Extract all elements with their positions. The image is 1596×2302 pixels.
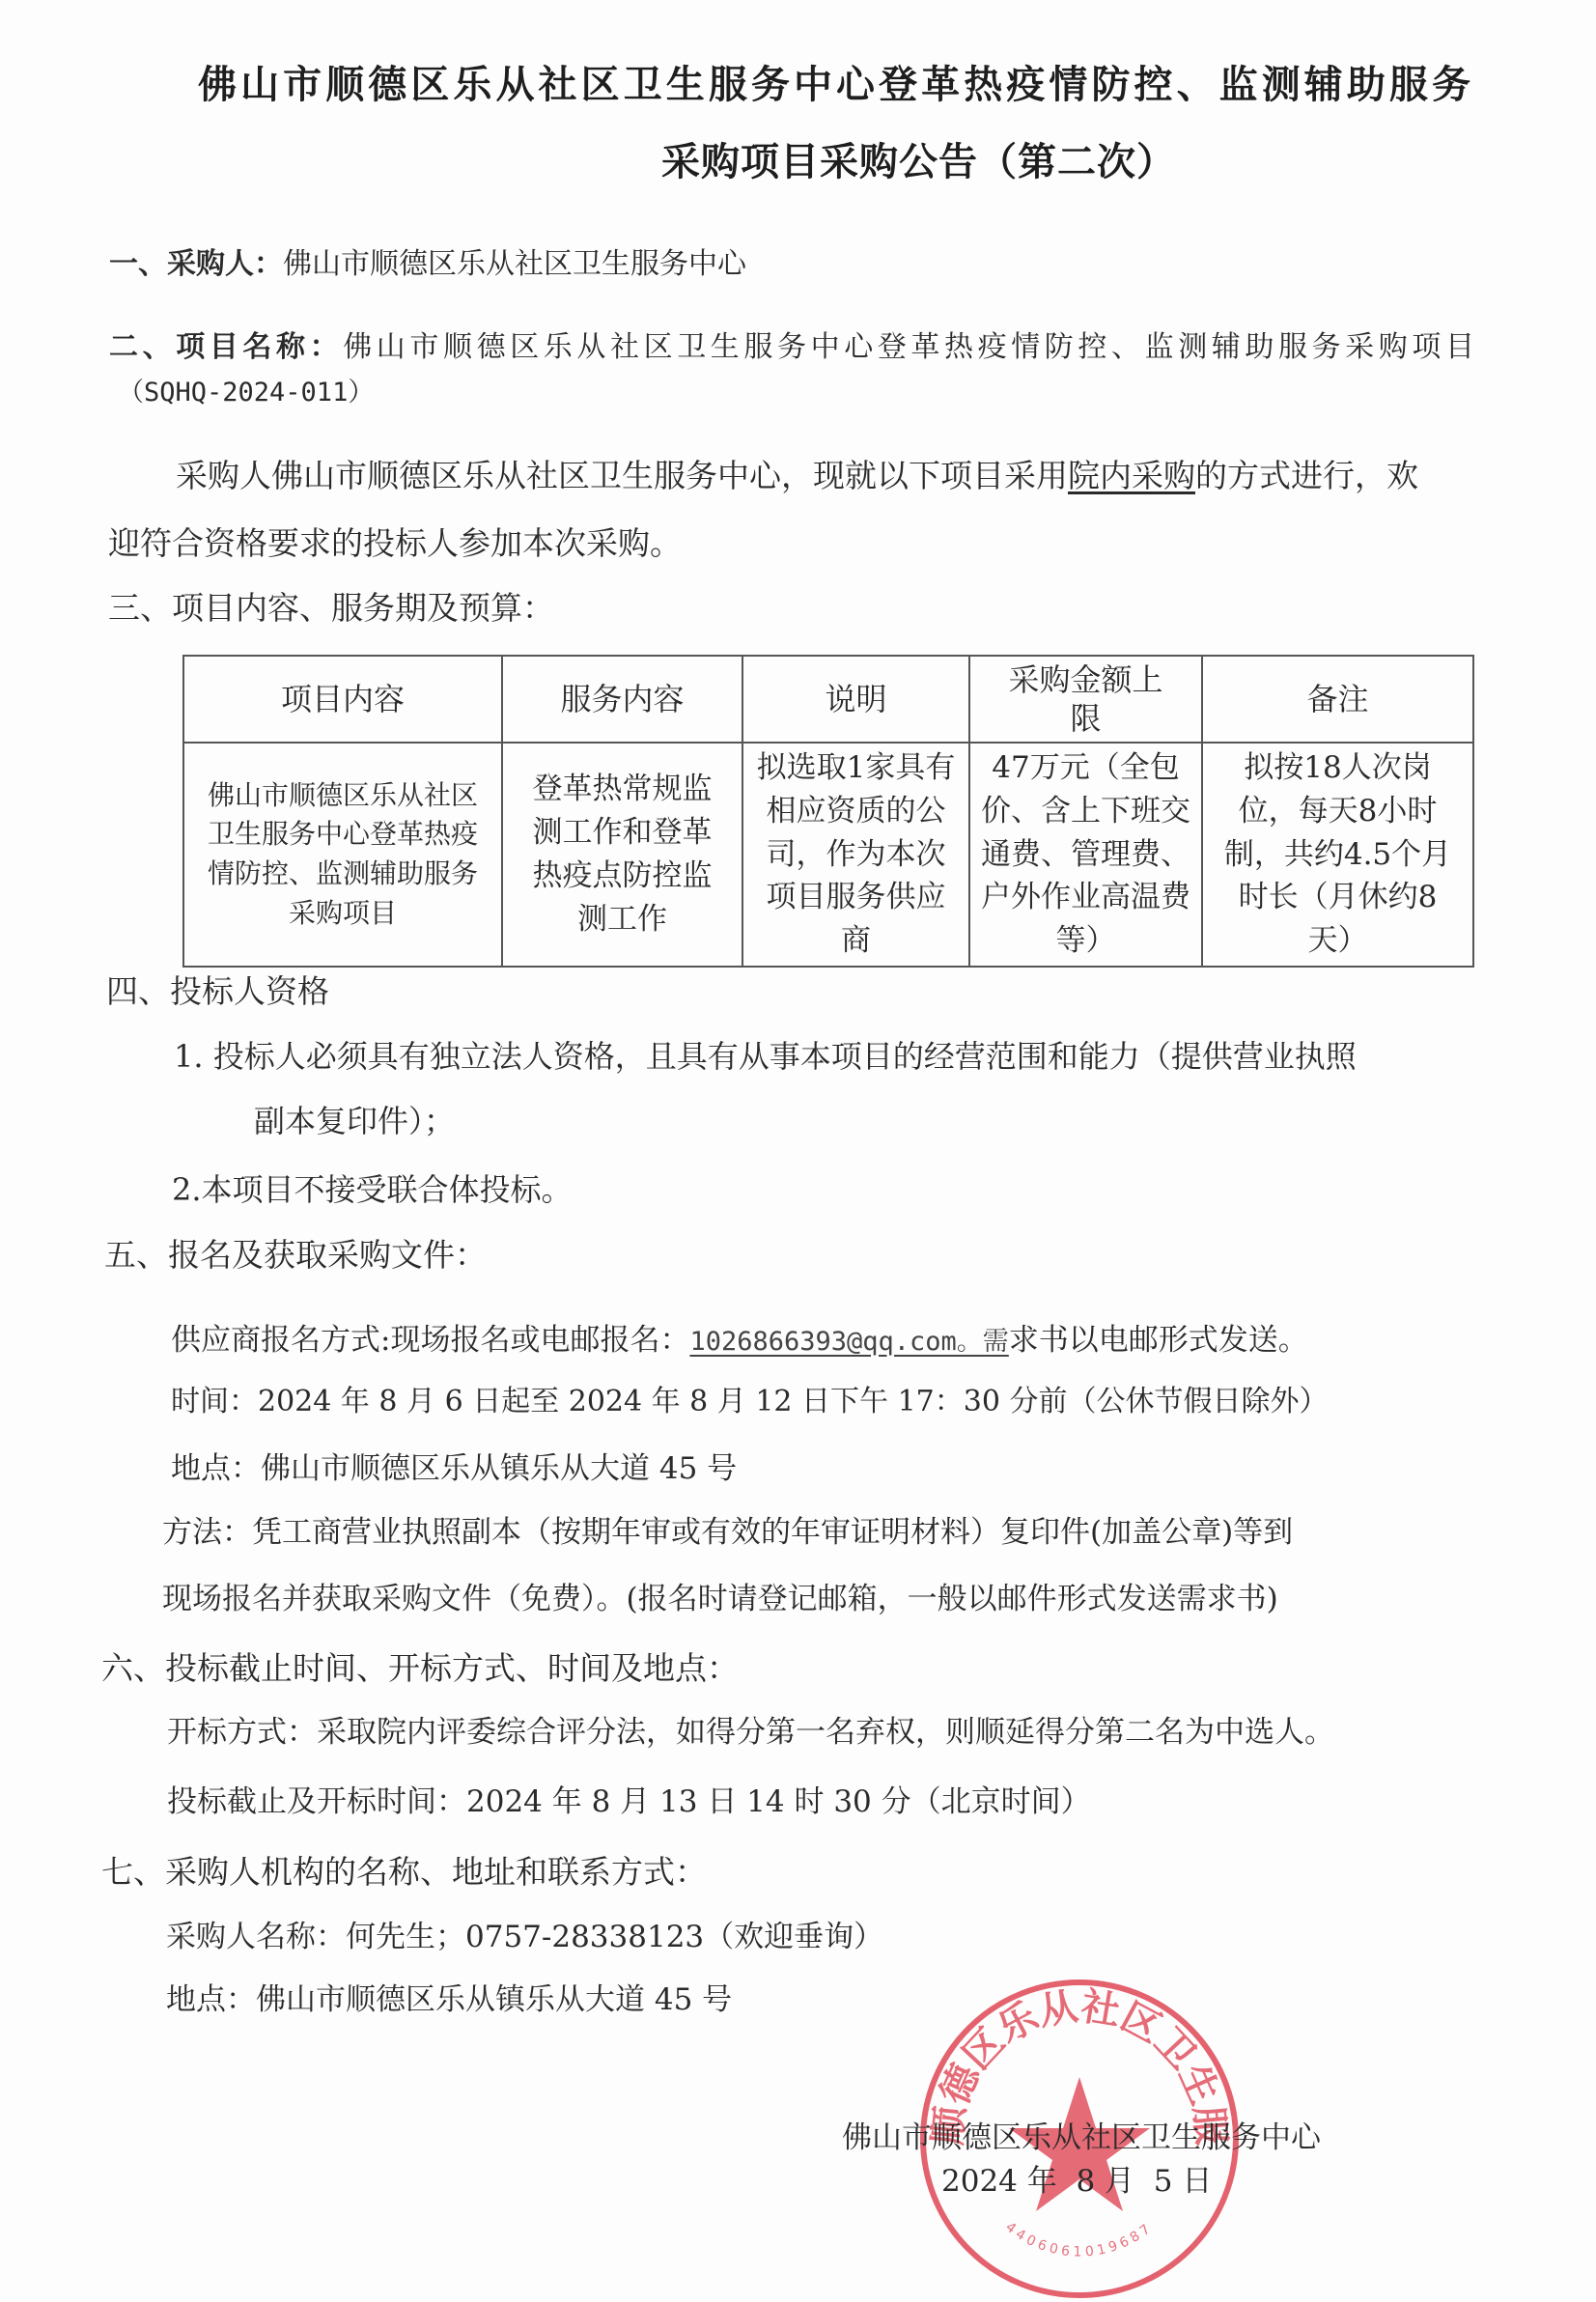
project-code: （SQHQ-2024-011） [118,379,374,406]
intro-line2: 迎符合资格要求的投标人参加本次采购。 [108,527,682,559]
procurement-method-underlined: 院内采购 [1068,457,1195,494]
table-header: 服务内容 [502,656,742,743]
table-cell-description: 拟选取1家具有相应资质的公司，作为本次项目服务供应商 [742,743,969,967]
section-project-name: 二、项目名称：佛山市顺德区乐从社区卫生服务中心登革热疫情防控、监测辅助服务采购项… [109,333,1479,362]
section3-heading: 三、项目内容、服务期及预算： [108,592,554,624]
table-header: 备注 [1202,656,1473,743]
table-cell-service: 登革热常规监测工作和登革热疫点防控监测工作 [502,743,742,967]
table-header-row: 项目内容 服务内容 说明 采购金额上限 备注 [183,656,1473,743]
intro-text-end: 的方式进行，欢 [1195,457,1418,494]
section-purchaser-value: 佛山市顺德区乐从社区卫生服务中心 [283,247,746,281]
section4-heading: 四、投标人资格 [106,975,329,1007]
table-header: 说明 [742,656,969,743]
section6-heading: 六、投标截止时间、开标方式、时间及地点： [101,1652,739,1684]
table-cell-project: 佛山市顺德区乐从社区卫生服务中心登革热疫情防控、监测辅助服务采购项目 [183,743,502,967]
section7-heading: 七、采购人机构的名称、地址和联系方式： [101,1856,707,1888]
document-title-line2: 采购项目采购公告（第二次） [661,143,1176,182]
intro-text: 采购人佛山市顺德区乐从社区卫生服务中心，现就以下项目采用 [176,457,1068,494]
signup-label: 供应商报名方式:现场报名或电邮报名： [171,1323,689,1358]
qualification-item2: 2.本项目不接受联合体投标。 [172,1174,573,1205]
section-purchaser-label: 一、采购人： [109,247,283,281]
signature-date: 2024 年 8 月 5 日 [941,2167,1212,2197]
signup-note: 求书以电邮形式发送。 [1009,1323,1308,1358]
qualification-item1-line2: 副本复印件）； [254,1106,455,1137]
signature-organization: 佛山市顺德区乐从社区卫生服务中心 [842,2123,1321,2153]
signup-method: 供应商报名方式:现场报名或电邮报名：1026866393@qq.com。需求书以… [171,1326,1308,1356]
intro-line1: 采购人佛山市顺德区乐从社区卫生服务中心，现就以下项目采用院内采购的方式进行，欢 [176,460,1497,491]
purchaser-contact: 采购人名称：何先生；0757-28338123（欢迎垂询） [166,1923,883,1952]
signup-method-line2: 现场报名并获取采购文件（免费）。(报名时请登记邮箱，一般以邮件形式发送需求书) [162,1585,1278,1614]
purchaser-place: 地点：佛山市顺德区乐从镇乐从大道 45 号 [166,1985,732,2015]
section-project-name-value: 佛山市顺德区乐从社区卫生服务中心登革热疫情防控、监测辅助服务采购项目 [343,330,1478,364]
signup-time: 时间：2024 年 8 月 6 日起至 2024 年 8 月 12 日下午 17… [171,1388,1328,1417]
section5-heading: 五、报名及获取采购文件： [104,1239,487,1271]
table-row: 佛山市顺德区乐从社区卫生服务中心登革热疫情防控、监测辅助服务采购项目 登革热常规… [183,743,1473,967]
section-project-name-label: 二、项目名称： [109,330,343,364]
table-cell-budget: 47万元（全包价、含上下班交通费、管理费、户外作业高温费等） [969,743,1202,967]
signup-place: 地点：佛山市顺德区乐从镇乐从大道 45 号 [171,1454,737,1484]
table-header: 采购金额上限 [969,656,1202,743]
signup-method-line1: 方法：凭工商营业执照副本（按期年审或有效的年审证明材料）复印件(加盖公章)等到 [162,1518,1293,1548]
table-cell-remark: 拟按18人次岗位，每天8小时制，共约4.5个月时长（月休约8天） [1202,743,1473,967]
document-title-line1: 佛山市顺德区乐从社区卫生服务中心登革热疫情防控、监测辅助服务 [198,66,1470,104]
bid-opening-method: 开标方式：采取院内评委综合评分法，如得分第一名弃权，则顺延得分第二名为中选人。 [167,1718,1334,1748]
svg-text:4406061019687: 4406061019687 [1002,2219,1156,2260]
signup-email-link[interactable]: 1026866393@qq.com。需 [689,1327,1008,1357]
table-header: 项目内容 [183,656,502,743]
qualification-item1-line1: 1. 投标人必须具有独立法人资格，且具有从事本项目的经营范围和能力（提供营业执照 [174,1041,1357,1072]
project-table: 项目内容 服务内容 说明 采购金额上限 备注 佛山市顺德区乐从社区卫生服务中心登… [182,655,1474,968]
bid-deadline: 投标截止及开标时间：2024 年 8 月 13 日 14 时 30 分（北京时间… [167,1787,1091,1817]
section-purchaser: 一、采购人：佛山市顺德区乐从社区卫生服务中心 [109,250,746,279]
